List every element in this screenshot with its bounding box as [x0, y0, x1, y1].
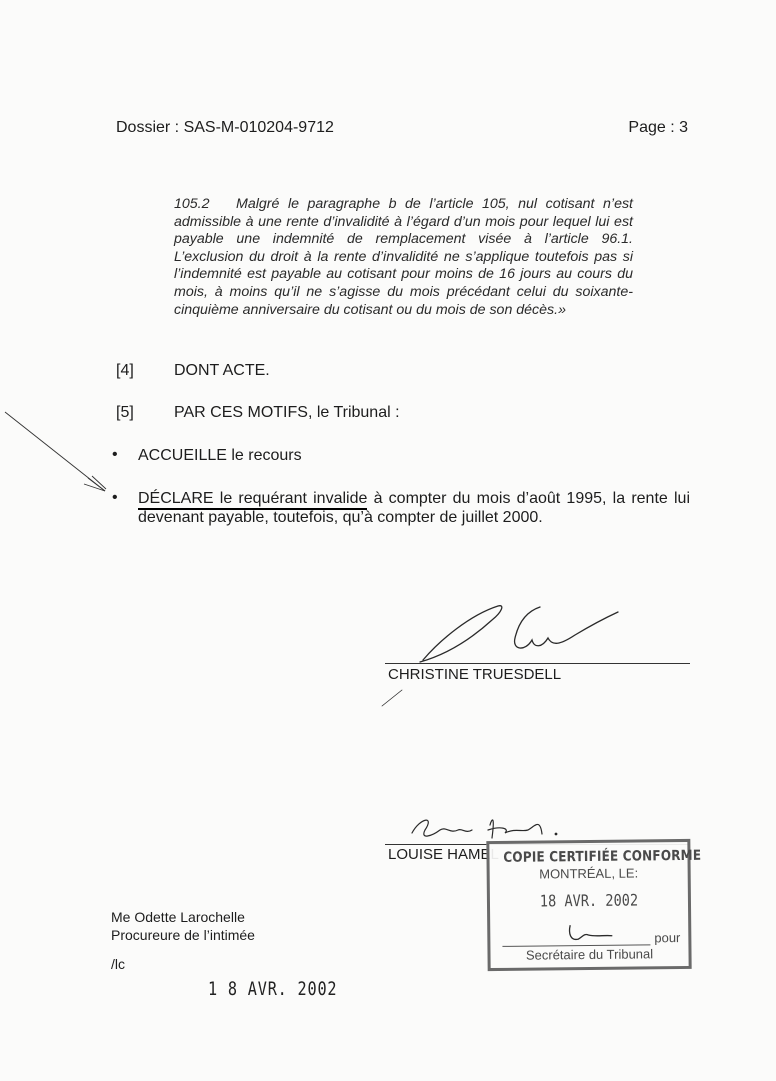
- counsel-role: Procureure de l’intimée: [111, 926, 255, 944]
- stamp-title: COPIE CERTIFIÉE CONFORME: [503, 848, 673, 866]
- signature-hamel: [412, 820, 557, 838]
- stamp-signatory: Secrétaire du Tribunal: [490, 946, 688, 963]
- annotation-arrow-icon: [5, 412, 106, 491]
- typist-initials: /lc: [111, 956, 125, 972]
- counsel-name: Me Odette Larochelle: [111, 908, 255, 926]
- underlined-ruling: DÉCLARE le requérant invalide: [138, 490, 367, 510]
- stamp-date: 18 AVR. 2002: [505, 890, 673, 911]
- bullet-text: ACCUEILLE le recours: [138, 446, 690, 465]
- stamp-city: MONTRÉAL, LE:: [490, 865, 688, 882]
- paragraph-number: [5]: [116, 404, 134, 422]
- bullet-icon: •: [112, 446, 118, 464]
- signatory-name: LOUISE HAMEL: [388, 846, 499, 863]
- stamp-initials-signature: [566, 923, 616, 946]
- paragraph-text: DONT ACTE.: [174, 362, 270, 380]
- paragraph-text: PAR CES MOTIFS, le Tribunal :: [174, 404, 400, 422]
- paragraph-5: [5] PAR CES MOTIFS, le Tribunal :: [116, 404, 616, 424]
- article-number: 105.2: [174, 196, 210, 212]
- paragraph-4: [4] DONT ACTE.: [116, 362, 616, 382]
- stamp-pour: pour: [654, 930, 680, 945]
- signatory-name: CHRISTINE TRUESDELL: [388, 666, 561, 683]
- dossier-number: Dossier : SAS-M-010204-9712: [116, 119, 334, 137]
- bullet-text: DÉCLARE le requérant invalide à compter …: [138, 489, 690, 527]
- paragraph-number: [4]: [116, 362, 134, 380]
- page-number: Page : 3: [628, 119, 688, 137]
- signature-truesdell: [382, 606, 618, 706]
- quoted-article: 105.2 Malgré le paragraphe b de l’articl…: [174, 196, 633, 319]
- certified-copy-stamp: COPIE CERTIFIÉE CONFORME MONTRÉAL, LE: 1…: [486, 839, 691, 971]
- bullet-icon: •: [112, 489, 118, 507]
- received-date-stamp: 1 8 AVR. 2002: [208, 978, 337, 1000]
- signature-line: [385, 663, 690, 664]
- counsel-block: Me Odette Larochelle Procureure de l’int…: [111, 908, 255, 944]
- article-text: Malgré le paragraphe b de l’article 105,…: [174, 196, 633, 318]
